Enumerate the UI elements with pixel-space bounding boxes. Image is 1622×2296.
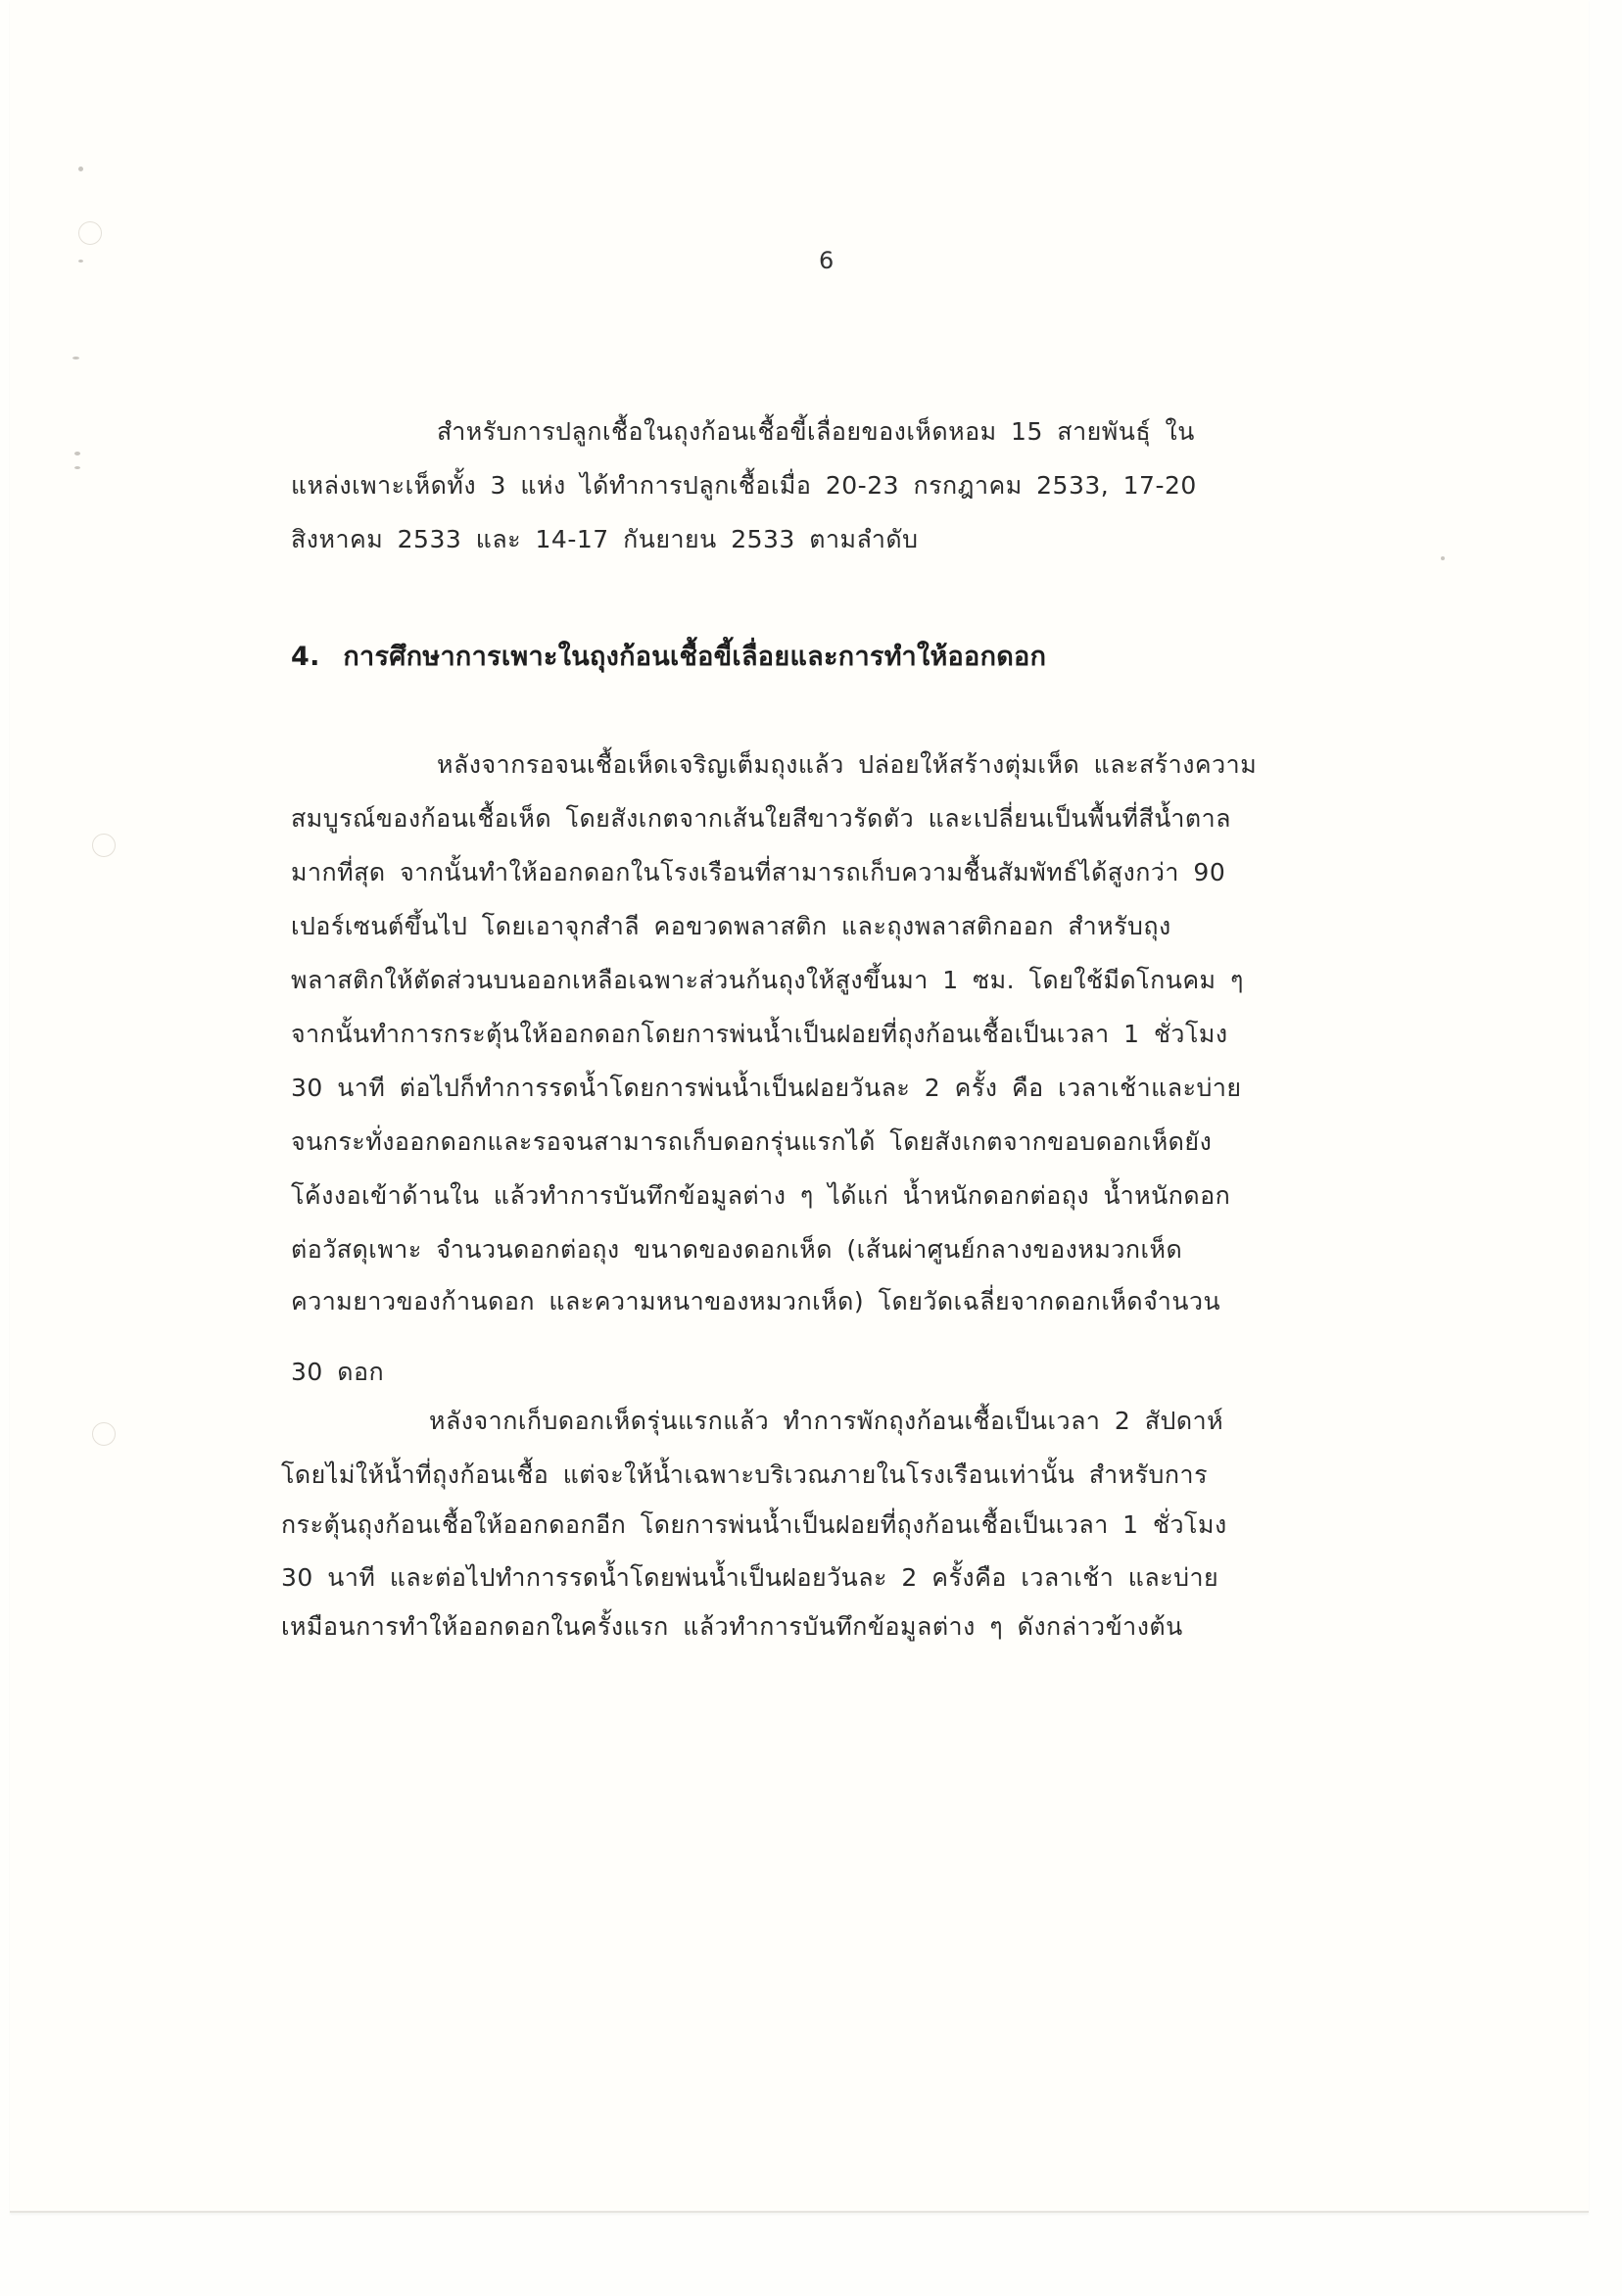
scan-speck [74,466,80,469]
paragraph-line: ความยาวของก้านดอก และความหนาของหมวกเห็ด)… [291,1287,1220,1316]
paper-page: 6 สำหรับการปลูกเชื้อในถุงก้อนเชื้อขี้เลื… [10,0,1589,2213]
binder-hole-mark [92,834,116,857]
paragraph-line: เหมือนการทำให้ออกดอกในครั้งแรก แล้วทำการ… [281,1612,1183,1642]
paragraph-line: 30 นาที ต่อไปก็ทำการรดน้ำโดยการพ่นน้ำเป็… [291,1074,1242,1103]
scan-speck [72,357,79,359]
scan-speck [78,260,83,263]
paragraph-line: จนกระทั่งออกดอกและรอจนสามารถเก็บดอกรุ่นแ… [291,1127,1212,1157]
paragraph-line: มากที่สุด จากนั้นทำให้ออกดอกในโรงเรือนที… [291,858,1225,887]
scan-speck [78,167,83,171]
paragraph-line: เปอร์เซนต์ขึ้นไป โดยเอาจุกสำลี คอขวดพลาส… [291,912,1171,941]
section-number: 4. [291,642,320,672]
paragraph-line: พลาสติกให้ตัดส่วนบนออกเหลือเฉพาะส่วนก้นถ… [291,966,1244,995]
paragraph-line: สมบูรณ์ของก้อนเชื้อเห็ด โดยสังเกตจากเส้น… [291,804,1231,834]
paragraph-line: โค้งงอเข้าด้านใน แล้วทำการบันทึกข้อมูลต่… [291,1181,1230,1211]
paragraph-line: จากนั้นทำการกระตุ้นให้ออกดอกโดยการพ่นน้ำ… [291,1020,1228,1049]
section-title: การศึกษาการเพาะในถุงก้อนเชื้อขี้เลื่อยแล… [343,642,1046,672]
scan-speck [74,452,80,455]
binder-hole-mark [78,221,102,245]
paragraph-line: ต่อวัสดุเพาะ จำนวนดอกต่อถุง ขนาดของดอกเห… [291,1235,1182,1265]
binder-hole-mark [92,1422,116,1446]
section-heading: 4. การศึกษาการเพาะในถุงก้อนเชื้อขี้เลื่อ… [291,635,1046,677]
paragraph-line: 30 นาที และต่อไปทำการรดน้ำโดยพ่นน้ำเป็นฝ… [281,1563,1218,1593]
paragraph-line: 30 ดอก [291,1358,384,1387]
paragraph-line: หลังจากรอจนเชื้อเห็ดเจริญเต็มถุงแล้ว ปล่… [437,750,1257,780]
paragraph-line: หลังจากเก็บดอกเห็ดรุ่นแรกแล้ว ทำการพักถุ… [429,1407,1223,1436]
page-number: 6 [819,247,834,274]
paragraph-line: โดยไม่ให้น้ำที่ถุงก้อนเชื้อ แต่จะให้น้ำเ… [281,1460,1208,1490]
paragraph-line: แหล่งเพาะเห็ดทั้ง 3 แห่ง ได้ทำการปลูกเชื… [291,471,1197,501]
scan-speck [1441,556,1445,560]
paragraph-line: กระตุ้นถุงก้อนเชื้อให้ออกดอกอีก โดยการพ่… [281,1510,1227,1540]
paragraph-line: สิงหาคม 2533 และ 14-17 กันยายน 2533 ตามล… [291,525,919,554]
paragraph-line: สำหรับการปลูกเชื้อในถุงก้อนเชื้อขี้เลื่อ… [437,417,1195,447]
